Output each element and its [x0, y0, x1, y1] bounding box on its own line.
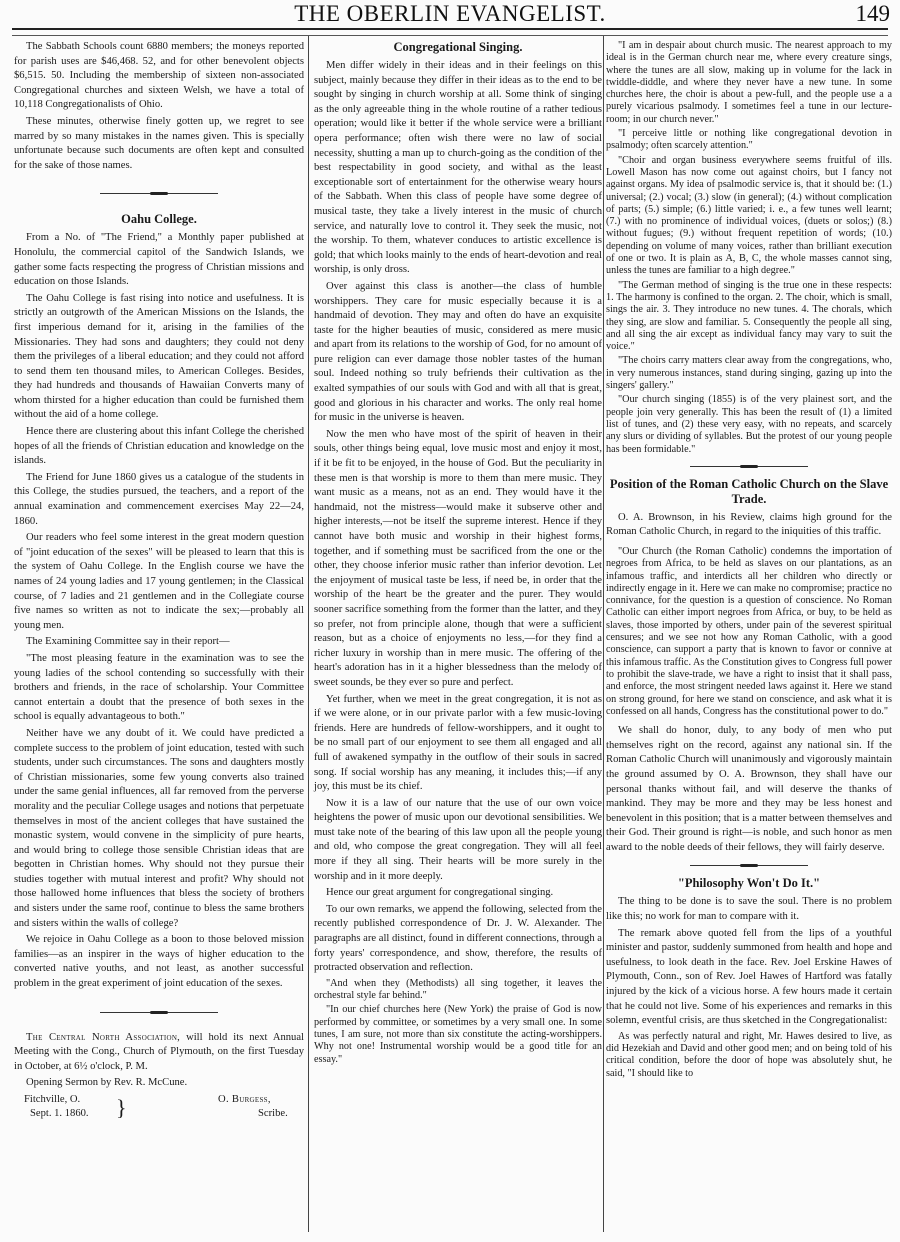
article-heading: Oahu College. — [14, 212, 304, 227]
section-separator — [690, 865, 808, 866]
paragraph: Now it is a law of our nature that the u… — [314, 797, 602, 885]
column-3: "I am in despair about church music. The… — [606, 40, 892, 1242]
article-heading: "Philosophy Won't Do It." — [606, 876, 892, 891]
section-separator — [100, 193, 218, 194]
paragraph: To our own remarks, we append the follow… — [314, 903, 602, 976]
quote-paragraph: "In our chief churches here (New York) t… — [314, 1004, 602, 1065]
notice-signer-title: Scribe. — [258, 1107, 288, 1122]
paragraph: The Sabbath Schools count 6880 members; … — [14, 40, 304, 113]
quote-paragraph: "Our church singing (1855) is of the ver… — [606, 394, 892, 455]
paragraph: Hence our great argument for congregatio… — [314, 886, 602, 901]
column-2: Congregational Singing. Men differ widel… — [314, 40, 602, 1242]
paragraph: The Friend for June 1860 gives us a cata… — [14, 471, 304, 529]
paragraph: As was perfectly natural and right, Mr. … — [606, 1031, 892, 1080]
article-heading: Congregational Singing. — [314, 40, 602, 55]
quote-paragraph: "The choirs carry matters clear away fro… — [606, 355, 892, 392]
masthead: THE OBERLIN EVANGELIST. 149 — [0, 0, 900, 26]
paragraph: Neither have we any doubt of it. We coul… — [14, 727, 304, 931]
article-heading: Position of the Roman Catholic Church on… — [606, 477, 892, 507]
paragraph: The remark above quoted fell from the li… — [606, 927, 892, 1029]
column-divider — [308, 36, 309, 1232]
notice-lead: The Central North Association, — [26, 1032, 180, 1043]
paragraph: The thing to be done is to save the soul… — [606, 895, 892, 924]
notice-place: Fitchville, O. — [24, 1093, 80, 1108]
quote-paragraph: "The German method of singing is the tru… — [606, 280, 892, 354]
section-separator — [100, 1012, 218, 1013]
notice-sermon: Opening Sermon by Rev. R. McCune. — [14, 1076, 304, 1091]
paragraph: Our readers who feel some interest in th… — [14, 531, 304, 633]
notice-signer: O. Burgess, — [218, 1093, 271, 1108]
notice-signature: Fitchville, O. Sept. 1. 1860. } O. Burge… — [14, 1093, 304, 1123]
quote-paragraph: "Choir and organ business everywhere see… — [606, 155, 892, 278]
quote-paragraph: "The most pleasing feature in the examin… — [14, 652, 304, 725]
paragraph: From a No. of "The Friend," a Monthly pa… — [14, 231, 304, 289]
paragraph: O. A. Brownson, in his Review, claims hi… — [606, 511, 892, 540]
brace-glyph: } — [116, 1095, 127, 1121]
notice-date: Sept. 1. 1860. — [30, 1107, 89, 1122]
paragraph: The Examining Committee say in their rep… — [14, 635, 304, 650]
paragraph: We shall do honor, duly, to any body of … — [606, 724, 892, 855]
quote-paragraph: "I am in despair about church music. The… — [606, 40, 892, 126]
paragraph: We rejoice in Oahu College as a boon to … — [14, 933, 304, 991]
quote-paragraph: "I perceive little or nothing like congr… — [606, 128, 892, 153]
paragraph: Now the men who have most of the spirit … — [314, 428, 602, 691]
paragraph: Yet further, when we meet in the great c… — [314, 693, 602, 795]
column-divider — [603, 36, 604, 1232]
paragraph: Hence there are clustering about this in… — [14, 425, 304, 469]
paragraph: Over against this class is another—the c… — [314, 280, 602, 426]
page-number: 149 — [856, 1, 891, 27]
paragraph: The Oahu College is fast rising into not… — [14, 292, 304, 423]
section-separator — [690, 466, 808, 467]
newspaper-title: THE OBERLIN EVANGELIST. — [0, 1, 900, 27]
paragraph: Men differ widely in their ideas and in … — [314, 59, 602, 278]
notice-paragraph: The Central North Association, will hold… — [14, 1031, 304, 1075]
quote-paragraph: "Our Church (the Roman Catholic) condemn… — [606, 546, 892, 718]
masthead-rule — [12, 28, 888, 36]
quote-paragraph: "And when they (Methodists) all sing tog… — [314, 978, 602, 1003]
column-1: The Sabbath Schools count 6880 members; … — [14, 40, 304, 1242]
paragraph: These minutes, otherwise finely gotten u… — [14, 115, 304, 173]
